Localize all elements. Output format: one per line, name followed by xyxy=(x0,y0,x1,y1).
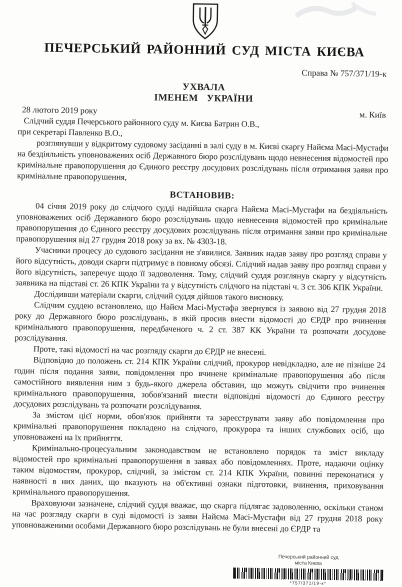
ukraine-coat-of-arms-icon xyxy=(19,0,391,43)
paragraph-8: Кримінально-процесуальним законодавством… xyxy=(12,442,384,502)
scanned-sheet: ПЕЧЕРСЬКИЙ РАЙОННИЙ СУД МІСТА КИЄВА Спра… xyxy=(0,0,402,587)
ruling-place: м. Київ xyxy=(359,109,386,120)
paragraph-2: Учасники процесу до судового засідання н… xyxy=(15,244,387,293)
case-number: Справа № 757/371/19-к xyxy=(302,68,387,79)
barcode-caption: *757/371/19-к* xyxy=(233,580,383,587)
paragraph-7: За змістом цієї норми, обов'язок прийнят… xyxy=(13,409,384,448)
paragraph-6: Відповідно до положень ст. 214 КПК Украї… xyxy=(14,354,386,414)
paragraph-9: Враховуючи зазначене, слідчий суддя вваж… xyxy=(12,497,383,536)
document-footer: Печерський районний суд міста Києва *757… xyxy=(233,554,383,587)
ruling-body: Слідчий суддя Печерського районного суду… xyxy=(12,115,389,535)
preamble-paragraph: розглянувши у відкритому судовому засіда… xyxy=(17,137,389,186)
paragraph-1: 04 січня 2019 року до слідчого судді над… xyxy=(16,200,388,249)
paragraph-4: Слідчим суддею встановлено, що Найєм Мас… xyxy=(15,299,387,348)
footer-court-line2: міста Києва xyxy=(233,560,383,568)
barcode xyxy=(233,568,383,581)
document-page: ПЕЧЕРСЬКИЙ РАЙОННИЙ СУД МІСТА КИЄВА Спра… xyxy=(0,0,402,587)
